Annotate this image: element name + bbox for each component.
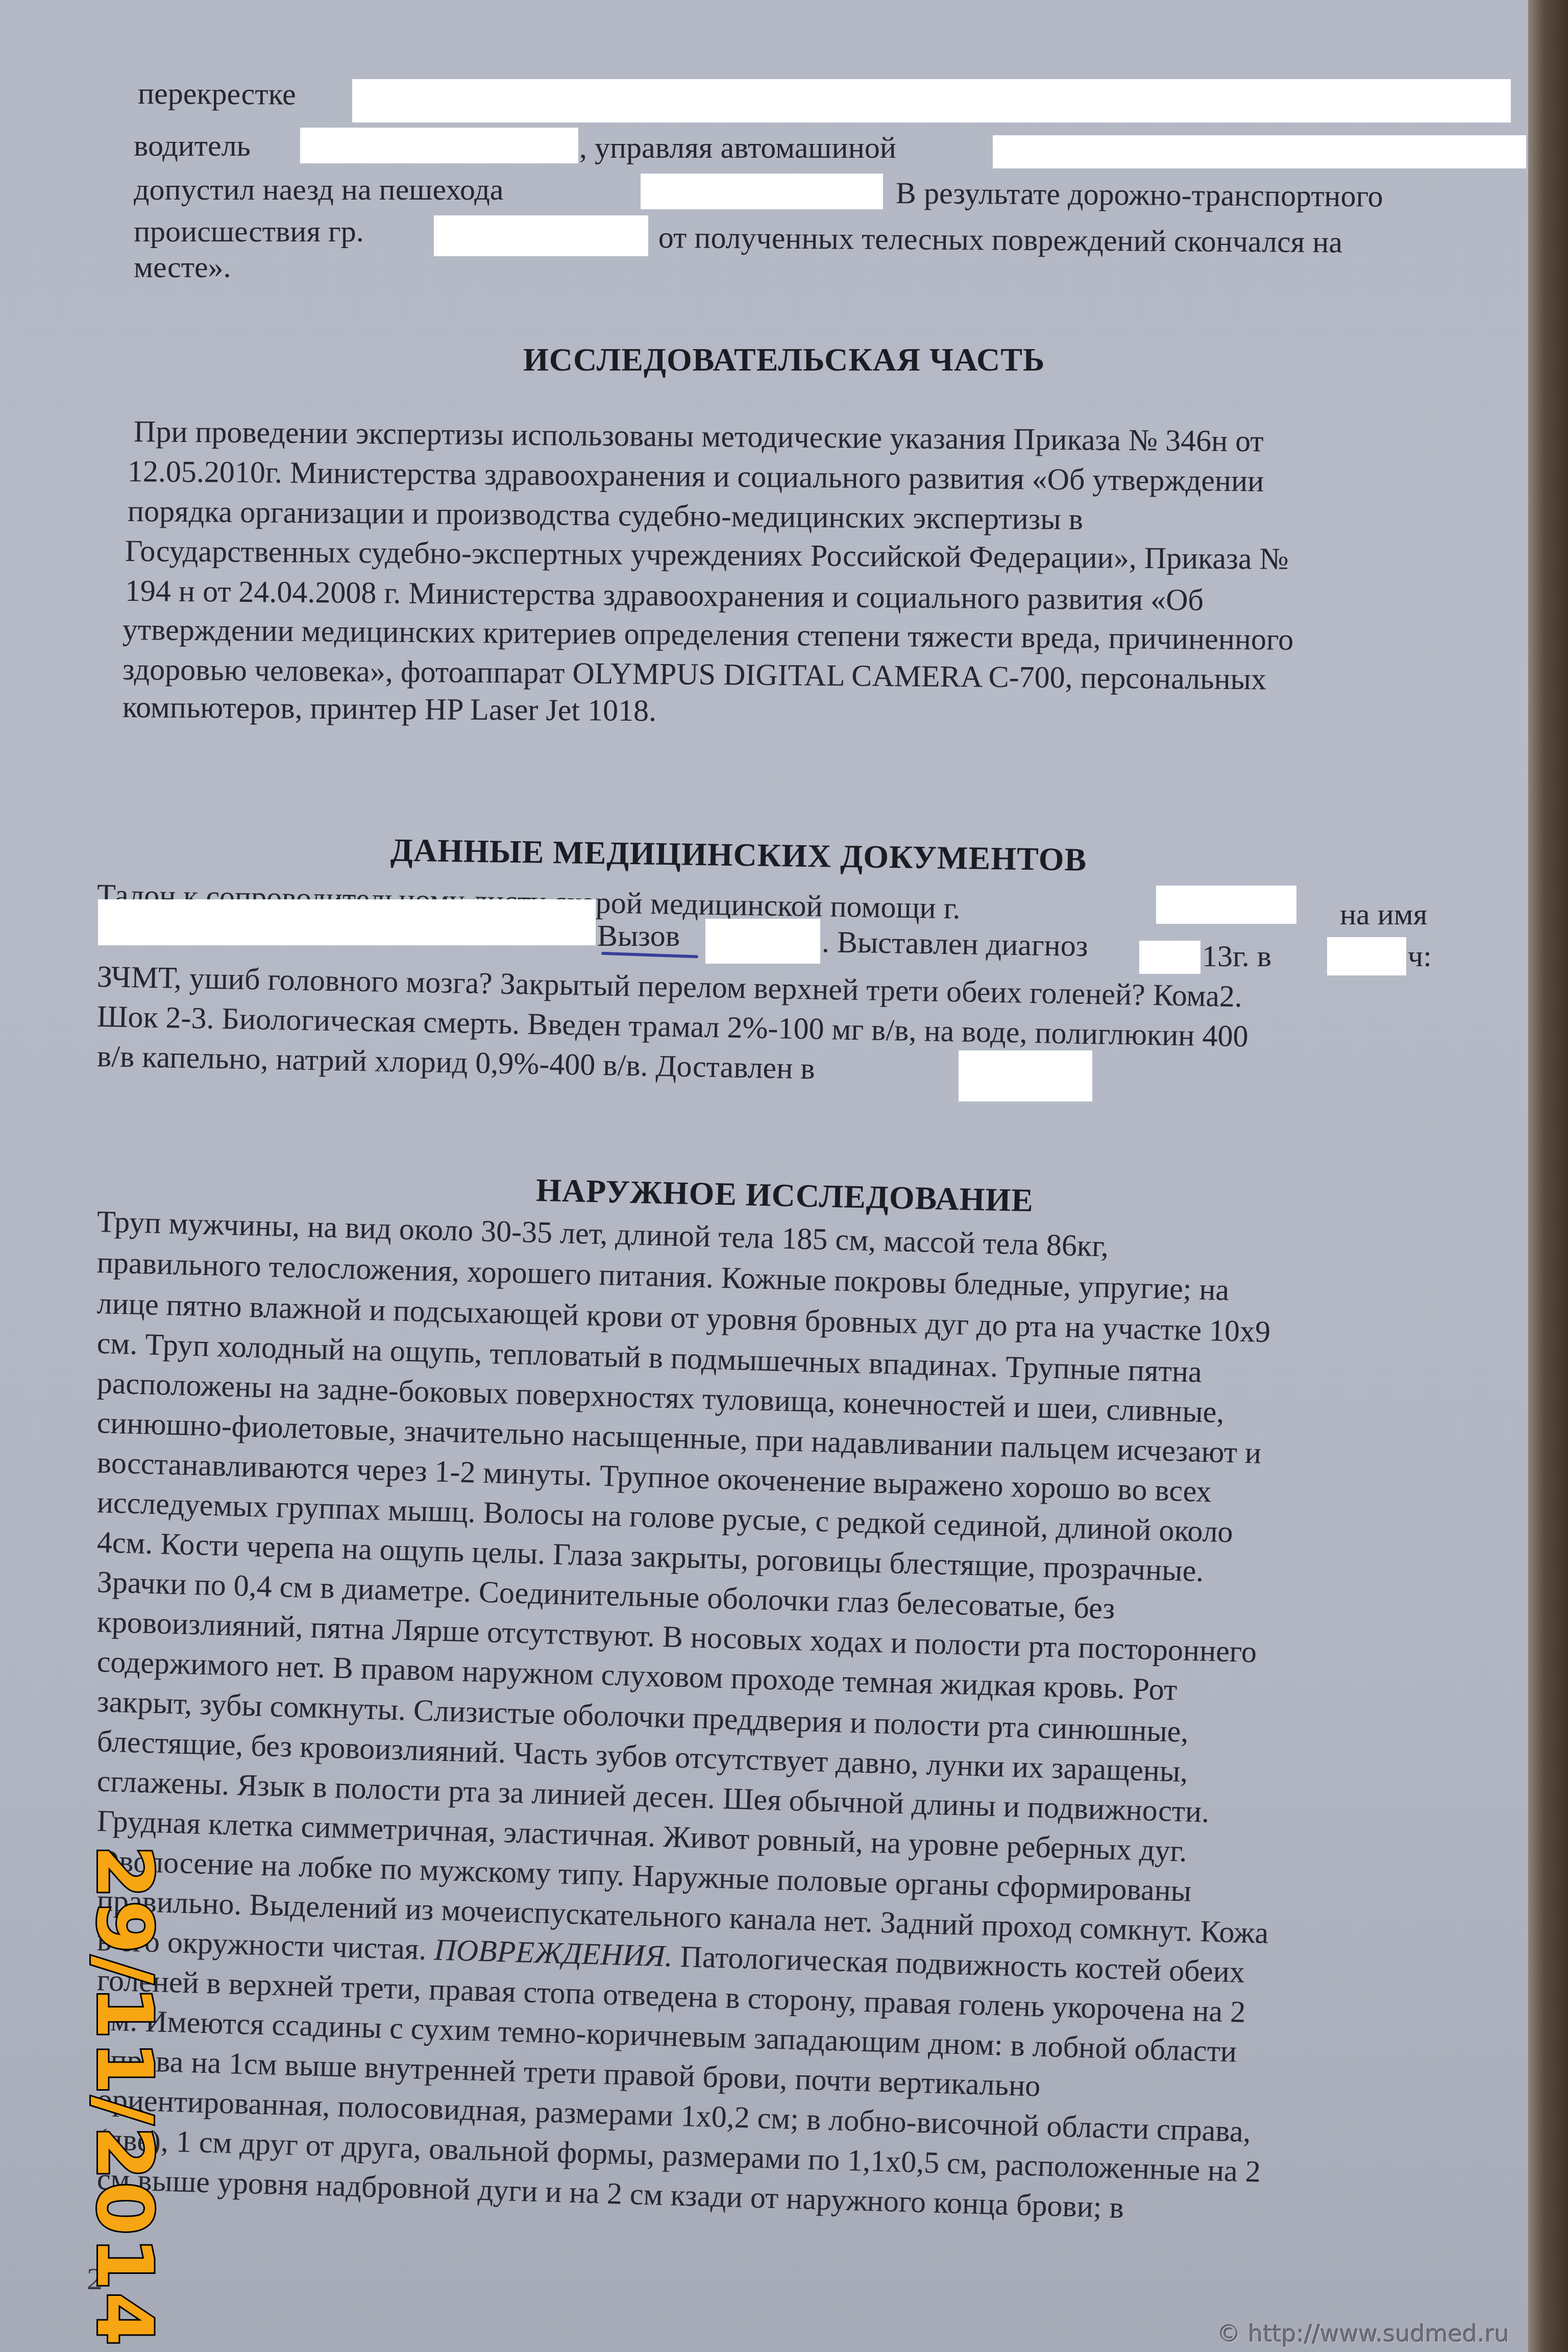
research-line: Государственных судебно-экспертных учреж… bbox=[125, 534, 1289, 576]
redaction-box bbox=[352, 79, 1511, 122]
intro-line-3b: В результате дорожно-транспортного bbox=[896, 176, 1383, 213]
intro-line-1: перекрестке bbox=[138, 77, 296, 111]
medical-line-1-end: на имя bbox=[1340, 897, 1427, 931]
pen-underline bbox=[601, 952, 698, 959]
camera-date-stamp: 29/11/2014 bbox=[80, 1845, 168, 2348]
research-line: 194 н от 24.04.2008 г. Министерства здра… bbox=[125, 574, 1204, 617]
section-title-research: ИССЛЕДОВАТЕЛЬСКАЯ ЧАСТЬ bbox=[523, 341, 1045, 379]
intro-line-3a: допустил наезд на пешехода bbox=[134, 173, 503, 206]
research-line: утверждении медицинских критериев опреде… bbox=[122, 612, 1294, 656]
redaction-box bbox=[434, 215, 648, 256]
research-line: 12.05.2010г. Министерства здравоохранени… bbox=[128, 454, 1264, 498]
redaction-box bbox=[1156, 886, 1296, 924]
redaction-box bbox=[1327, 937, 1406, 975]
redaction-box bbox=[959, 1050, 1092, 1101]
redaction-box bbox=[1139, 941, 1200, 974]
diagnosis-year: 13г. в bbox=[1202, 939, 1271, 973]
call-label: Вызов bbox=[597, 919, 680, 952]
redaction-box bbox=[641, 174, 883, 209]
intro-line-2b: , управляя автомашиной bbox=[579, 131, 896, 164]
research-line: порядка организации и производства судеб… bbox=[128, 494, 1084, 536]
page-edge-shadow bbox=[1528, 0, 1568, 2352]
research-line: При проведении экспертизы использованы м… bbox=[134, 414, 1264, 458]
intro-line-4a: происшествия гр. bbox=[134, 214, 364, 248]
site-watermark: © http://www.sudmed.ru bbox=[1217, 2320, 1509, 2347]
research-line: компьютеров, принтер HP Laser Jet 1018. bbox=[122, 690, 657, 727]
diagnosis-label: . Выставлен диагноз bbox=[821, 925, 1088, 963]
intro-line-2a: водитель bbox=[134, 129, 251, 162]
redaction-box bbox=[98, 899, 596, 945]
diagnosis-time-end: ч: bbox=[1408, 939, 1432, 973]
intro-line-4b: от полученных телесных повреждений сконч… bbox=[658, 220, 1343, 259]
document-page: перекрестке водитель , управляя автомаши… bbox=[0, 0, 1531, 2352]
section-title-external-exam: НАРУЖНОЕ ИССЛЕДОВАНИЕ bbox=[535, 1171, 1034, 1219]
injuries-label: ПОВРЕЖДЕНИЯ. bbox=[434, 1932, 673, 1973]
research-line: здоровью человека», фотоаппарат OLYMPUS … bbox=[122, 652, 1267, 696]
intro-line-5: месте». bbox=[134, 250, 231, 284]
section-title-medical-docs: ДАННЫЕ МЕДИЦИНСКИХ ДОКУМЕНТОВ bbox=[390, 831, 1087, 878]
redaction-box bbox=[705, 919, 820, 964]
medical-line: в/в капельно, натрий хлорид 0,9%-400 в/в… bbox=[96, 1039, 815, 1086]
redaction-box bbox=[993, 135, 1526, 168]
redaction-box bbox=[300, 128, 578, 163]
